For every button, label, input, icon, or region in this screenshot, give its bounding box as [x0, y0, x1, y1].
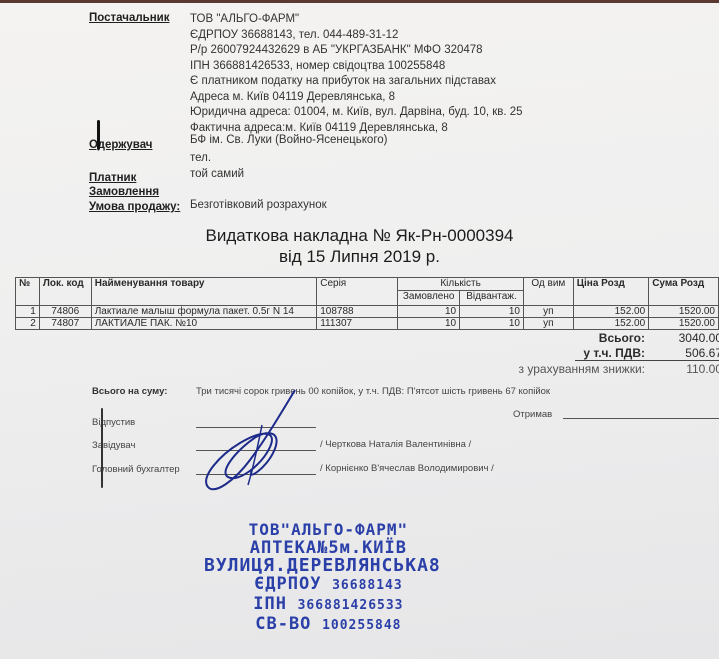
stamp-street: ВУЛИЦЯ.ДЕРЕВЛЯНСЬКА8	[204, 557, 441, 575]
payer-value: той самий	[190, 168, 244, 180]
cell-code: 74806	[39, 306, 91, 318]
received-signature-line	[563, 418, 719, 419]
payer-label: Платник	[89, 172, 136, 184]
col-sum-header: Сума Розд	[649, 278, 719, 306]
received-label: Отримав	[513, 409, 552, 420]
cell-name: Лактиале малыш формула пакет. 0.5г N 14	[91, 306, 317, 318]
table-header-row: № Лок. код Найменування товару Серія Кіл…	[16, 278, 719, 291]
col-qty-shipped-header: Відвантаж.	[460, 291, 524, 306]
sale-terms-label: Умова продажу:	[89, 201, 180, 213]
col-code-header: Лок. код	[39, 278, 91, 306]
stamp-edrpou: 36688143	[332, 578, 403, 593]
cell-ordered: 10	[398, 318, 460, 330]
pen-mark	[101, 408, 103, 488]
company-stamp: ТОВ"АЛЬГО-ФАРМ" АПТЕКА№5м.КИЇВ ВУЛИЦЯ.ДЕ…	[216, 521, 441, 635]
stamp-edrpou-label: ЄДРПОУ	[254, 574, 321, 594]
col-series-header: Серія	[317, 278, 398, 306]
col-name-header: Найменування товару	[91, 278, 317, 306]
supplier-details: ТОВ "АЛЬГО-ФАРМ" ЄДРПОУ 36688143, тел. 0…	[190, 12, 523, 136]
amount-words-label: Всього на суму:	[92, 386, 167, 397]
col-price-header: Ціна Розд	[573, 278, 648, 306]
vat-value: 506.67	[650, 346, 719, 360]
document-date: від 15 Липня 2019 р.	[0, 247, 719, 267]
stamp-ipn-label: ІПН	[253, 594, 287, 614]
sale-terms-value: Безготівковий розрахунок	[190, 199, 327, 211]
supplier-address: Адреса м. Київ 04119 Деревлянська, 8	[190, 90, 523, 106]
stamp-company: ТОВ"АЛЬГО-ФАРМ"	[216, 521, 441, 539]
cell-shipped: 10	[460, 318, 524, 330]
recipient-phone: тел.	[190, 152, 211, 164]
document-title: Видаткова накладна № Як-Рн-0000394	[0, 226, 719, 246]
cell-code: 74807	[39, 318, 91, 330]
col-unit-header: Од вим	[523, 278, 573, 306]
total-value: 3040.00	[650, 331, 719, 345]
cell-unit: уп	[523, 306, 573, 318]
cell-series: 111307	[317, 318, 398, 330]
photo-edge	[0, 0, 719, 3]
supplier-name: ТОВ "АЛЬГО-ФАРМ"	[190, 12, 523, 28]
cell-sum: 1520.00	[649, 318, 719, 330]
manager-name: / Черткова Наталія Валентинівна /	[320, 439, 471, 450]
recipient-name: БФ ім. Св. Луки (Войно-Ясенецького)	[190, 134, 387, 146]
col-num-header: №	[16, 278, 40, 306]
stamp-ipn-line: ІПН 366881426533	[216, 595, 441, 615]
cell-unit: уп	[523, 318, 573, 330]
supplier-tax-status: Є платником податку на прибуток на загал…	[190, 74, 523, 90]
table-row: 1 74806 Лактиале малыш формула пакет. 0.…	[16, 306, 719, 318]
stamp-cert-label: СВ-ВО	[255, 614, 311, 634]
pen-mark	[97, 120, 100, 150]
supplier-legal-address: Юридична адреса: 01004, м. Київ, вул. Да…	[190, 105, 523, 121]
cell-name: ЛАКТИАЛЕ ПАК. №10	[91, 318, 317, 330]
cell-sum: 1520.00	[649, 306, 719, 318]
table-row: 2 74807 ЛАКТИАЛЕ ПАК. №10 111307 10 10 у…	[16, 318, 719, 330]
stamp-cert: 100255848	[322, 618, 401, 633]
handwritten-signature	[190, 385, 300, 505]
supplier-account: Р/р 26007924432629 в АБ "УКРГАЗБАНК" МФО…	[190, 43, 523, 59]
accountant-name: / Корнієнко В'ячеслав Володимирович /	[320, 463, 494, 474]
vat-label: у т.ч. ПДВ:	[520, 346, 645, 360]
released-label: Відпустив	[92, 417, 135, 428]
order-label: Замовлення	[89, 186, 159, 198]
col-qty-ordered-header: Замовлено	[398, 291, 460, 306]
stamp-edrpou-line: ЄДРПОУ 36688143	[216, 575, 441, 595]
stamp-ipn: 366881426533	[298, 598, 404, 613]
col-qty-header: Кількість	[398, 278, 524, 291]
cell-num: 1	[16, 306, 40, 318]
stamp-cert-line: СВ-ВО 100255848	[216, 615, 441, 635]
cell-num: 2	[16, 318, 40, 330]
totals-divider	[575, 360, 719, 361]
goods-table: № Лок. код Найменування товару Серія Кіл…	[15, 277, 719, 330]
manager-label: Завідувач	[92, 440, 135, 451]
supplier-edrpou: ЄДРПОУ 36688143, тел. 044-489-31-12	[190, 28, 523, 44]
cell-series: 108788	[317, 306, 398, 318]
cell-shipped: 10	[460, 306, 524, 318]
accountant-label: Головний бухгалтер	[92, 464, 180, 475]
total-label: Всього:	[520, 331, 645, 345]
discount-value: 110.00	[650, 362, 719, 376]
cell-price: 152.00	[573, 318, 648, 330]
cell-price: 152.00	[573, 306, 648, 318]
cell-ordered: 10	[398, 306, 460, 318]
discount-label: з урахуванням знижки:	[490, 362, 645, 376]
supplier-ipn: ІПН 366881426533, номер свідоцтва 100255…	[190, 59, 523, 75]
supplier-label: Постачальник	[89, 12, 170, 24]
